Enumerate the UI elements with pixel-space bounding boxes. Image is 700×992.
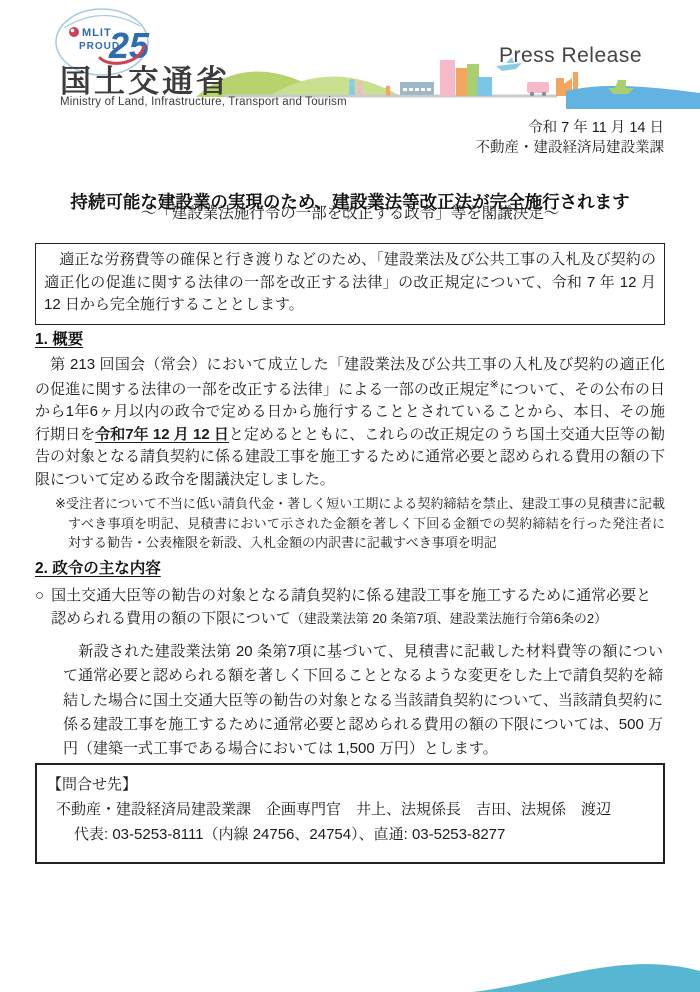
contact-phone-numbers: 代表: 03-5253-8111（内線 24756、24754）、直通: 03-… — [74, 823, 653, 848]
press-release-page: MLIT PROUD 25 国土交通省 Ministry of Land, In… — [0, 0, 700, 992]
issuing-department: 不動産・建設経済局建設業課 — [476, 139, 665, 159]
emblem-globe-icon — [69, 27, 79, 37]
station-icon — [400, 82, 434, 95]
ministry-name-en: Ministry of Land, Infrastructure, Transp… — [60, 96, 347, 108]
section1-footnote: ※受注者について不当に低い請負代金・著しく短い工期による契約締結を禁止、建設工事… — [55, 494, 665, 553]
section2-bullet-text: 国土交通大臣等の勧告の対象となる請負契約に係る建設工事を施工するために通常必要と… — [51, 585, 665, 630]
contact-box: 【問合せ先】 不動産・建設経済局建設業課 企画専門官 井上、法規係長 吉田、法規… — [35, 763, 665, 864]
circle-bullet-icon: ○ — [35, 585, 44, 630]
water-wave — [566, 86, 700, 109]
section2-bullet-item: ○ 国土交通大臣等の勧告の対象となる請負契約に係る建設工事を施工するために通常必… — [35, 585, 665, 630]
press-release-label: Press Release — [499, 44, 642, 68]
contact-title: 【問合せ先】 — [47, 773, 653, 798]
emblem-text-mlit: MLIT — [82, 27, 112, 39]
lead-summary-box: 適正な労務費等の確保と行き渡りなどのため、「建設業法及び公共工事の入札及び契約の… — [35, 243, 665, 325]
effective-date-emphasis: 令和7年 12 月 12 日 — [95, 426, 229, 443]
footer-wave-icon — [472, 959, 700, 992]
ministry-name-ja: 国土交通省 — [60, 56, 230, 101]
section2-law-reference: （建設業法第 20 条第7項、建設業法施行令第6条の2） — [291, 611, 607, 626]
section2-heading: 2. 政令の主な内容 — [35, 556, 161, 578]
document-meta: 令和 7 年 11 月 14 日 不動産・建設経済局建設業課 — [476, 119, 665, 158]
reference-mark: ※ — [490, 379, 499, 391]
document-subtitle: ～「建設業法施行令の一部を改正する政令」等を閣議決定～ — [0, 201, 700, 223]
bus-icon — [527, 82, 549, 96]
section2-paragraph: 新設された建設業法第 20 条第7項に基づいて、見積書に記載した材料費等の額につ… — [63, 640, 663, 761]
contact-persons: 不動産・建設経済局建設業課 企画専門官 井上、法規係長 吉田、法規係 渡辺 — [56, 798, 653, 823]
release-date: 令和 7 年 11 月 14 日 — [476, 119, 665, 139]
section1-paragraph: 第 213 回国会（常会）において成立した「建設業法及び公共工事の入札及び契約の… — [35, 354, 665, 491]
section1-heading: 1. 概要 — [35, 327, 83, 349]
section-overview: 1. 概要 第 213 回国会（常会）において成立した「建設業法及び公共工事の入… — [35, 327, 665, 553]
buildings-icon — [440, 60, 492, 96]
header: MLIT PROUD 25 国土交通省 Ministry of Land, In… — [0, 0, 700, 114]
section-main-content: 2. 政令の主な内容 ○ 国土交通大臣等の勧告の対象となる請負契約に係る建設工事… — [35, 556, 665, 761]
